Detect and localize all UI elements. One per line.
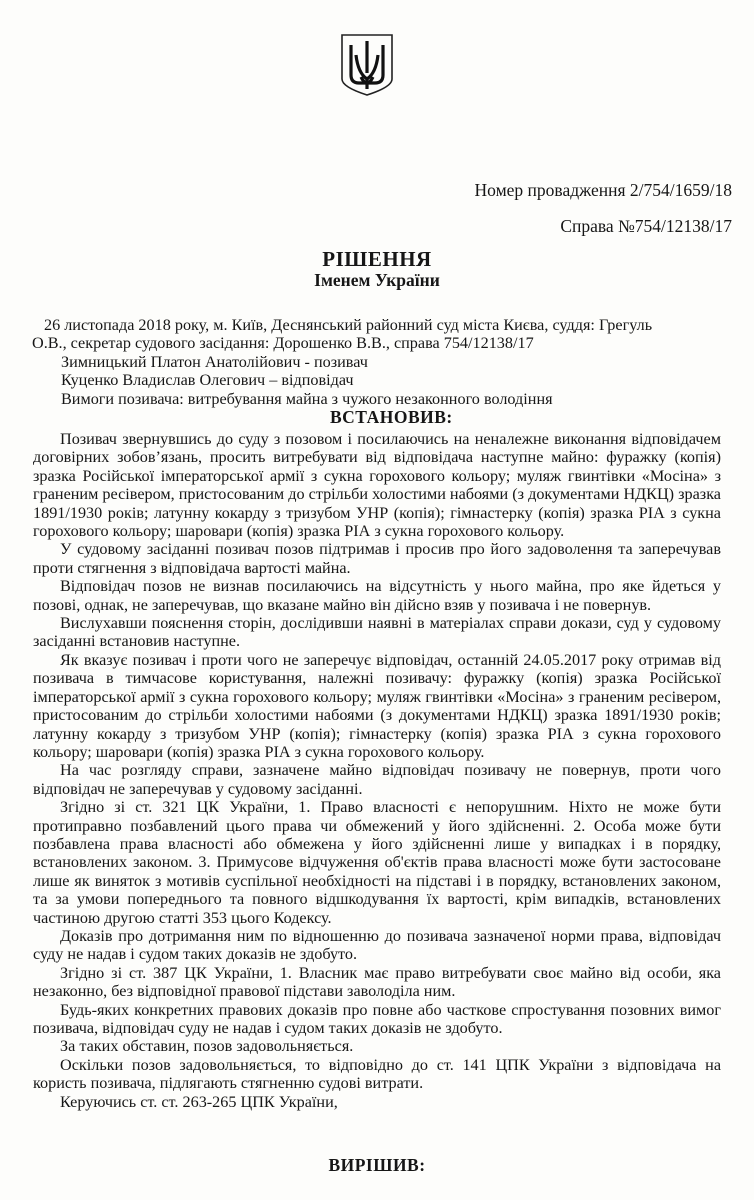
paragraph: Доказів про дотримання ним по відношенню… bbox=[33, 927, 721, 964]
paragraph: Позивач звернувшись до суду з позовом і … bbox=[33, 430, 721, 540]
paragraph: Керуючись ст. ст. 263-265 ЦПК України, bbox=[33, 1093, 721, 1111]
paragraph: Відповідач позов не визнав посилаючись н… bbox=[33, 577, 721, 614]
plaintiff-line: Зимницький Платон Анатолійович - позивач bbox=[61, 353, 734, 371]
paragraph: На час розгляду справи, зазначене майно … bbox=[33, 761, 721, 798]
established-heading: ВСТАНОВИВ: bbox=[330, 407, 453, 428]
decided-heading: ВИРІШИВ: bbox=[0, 1155, 754, 1176]
document-body: Позивач звернувшись до суду з позовом і … bbox=[33, 430, 721, 1111]
claims-line: Вимоги позивача: витребування майна з чу… bbox=[61, 390, 734, 408]
defendant-line: Куценко Владислав Олегович – відповідач bbox=[61, 371, 734, 389]
ukraine-coat-of-arms-icon bbox=[340, 33, 394, 97]
paragraph: Вислухавши пояснення сторін, дослідивши … bbox=[33, 614, 721, 651]
paragraph: Згідно зі ст. 321 ЦК України, 1. Право в… bbox=[33, 798, 721, 927]
paragraph: Будь-яких конкретних правових доказів пр… bbox=[33, 1001, 721, 1038]
document-subtitle: Іменем України bbox=[0, 270, 754, 291]
court-decision-page: Номер провадження 2/754/1659/18 Справа №… bbox=[0, 0, 754, 1200]
intro-line-secretary: О.В., секретар судового засідання: Дорош… bbox=[32, 334, 734, 352]
intro-line-date-court: 26 листопада 2018 року, м. Київ, Деснянс… bbox=[44, 316, 734, 334]
paragraph: Як вказує позивач і проти чого не запере… bbox=[33, 651, 721, 761]
paragraph: Оскільки позов задовольняється, то відпо… bbox=[33, 1056, 721, 1093]
paragraph: У судовому засіданні позивач позов підтр… bbox=[33, 540, 721, 577]
document-title: РІШЕННЯ bbox=[0, 247, 754, 272]
paragraph: Згідно зі ст. 387 ЦК України, 1. Власник… bbox=[33, 964, 721, 1001]
case-number: Справа №754/12138/17 bbox=[560, 216, 732, 237]
intro-block: 26 листопада 2018 року, м. Київ, Деснянс… bbox=[44, 316, 734, 408]
proceeding-number: Номер провадження 2/754/1659/18 bbox=[475, 180, 732, 201]
paragraph: За таких обставин, позов задовольняється… bbox=[33, 1037, 721, 1055]
